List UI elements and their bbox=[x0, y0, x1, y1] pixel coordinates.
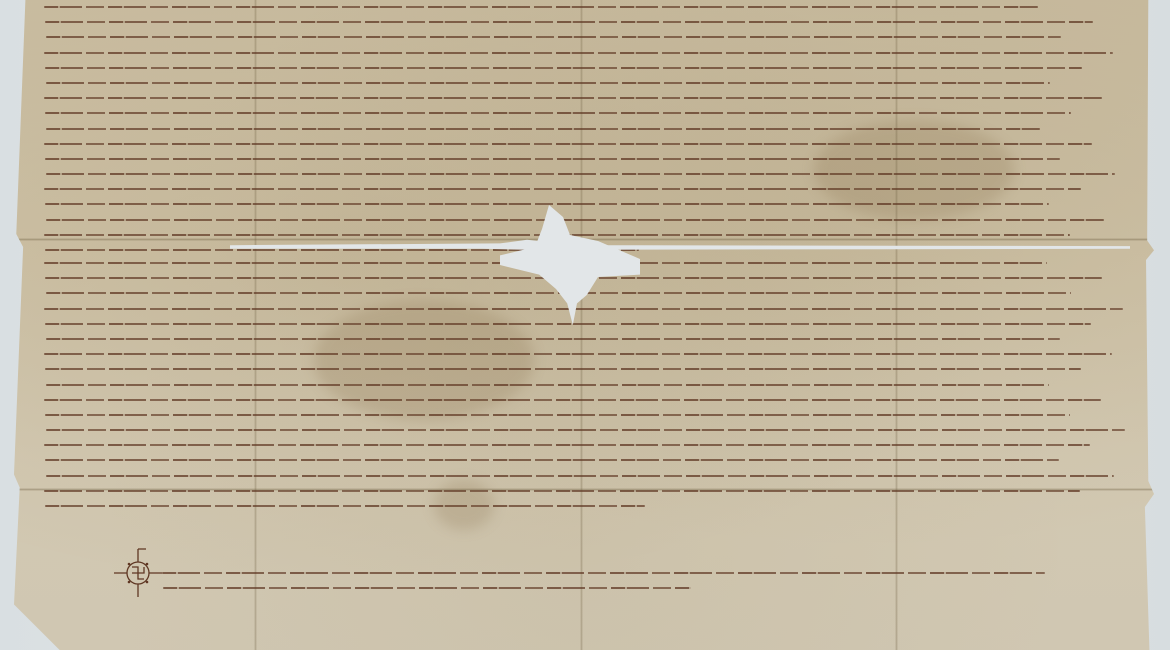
manuscript-line bbox=[45, 459, 1059, 461]
manuscript-line bbox=[44, 353, 1112, 355]
manuscript-line bbox=[46, 36, 1061, 38]
manuscript-line bbox=[46, 475, 1114, 477]
manuscript-line bbox=[45, 368, 1081, 370]
manuscript-line bbox=[46, 128, 1040, 130]
manuscript-line bbox=[163, 587, 691, 589]
manuscript-line bbox=[46, 219, 1104, 221]
manuscript-line bbox=[44, 143, 1092, 145]
notarial-sign-icon bbox=[110, 545, 166, 601]
manuscript-line bbox=[45, 67, 1082, 69]
manuscript-line bbox=[46, 82, 1050, 84]
manuscript-line bbox=[44, 444, 1090, 446]
manuscript-line bbox=[46, 338, 1060, 340]
subscription-text bbox=[162, 572, 1122, 602]
manuscript-line bbox=[44, 6, 1038, 8]
manuscript-line bbox=[44, 97, 1102, 99]
manuscript-line bbox=[162, 572, 1045, 574]
manuscript-line bbox=[45, 203, 1049, 205]
manuscript-line bbox=[45, 414, 1070, 416]
parchment-sheet bbox=[14, 0, 1154, 650]
manuscript-line bbox=[46, 384, 1049, 386]
manuscript-line bbox=[44, 490, 1080, 492]
manuscript-line bbox=[45, 158, 1060, 160]
upper-text-block bbox=[44, 6, 1124, 264]
middle-text-block bbox=[44, 262, 1134, 520]
manuscript-line bbox=[45, 21, 1093, 23]
manuscript-line bbox=[44, 399, 1101, 401]
manuscript-line bbox=[45, 505, 645, 507]
manuscript-line bbox=[46, 292, 1071, 294]
manuscript-line bbox=[44, 188, 1081, 190]
manuscript-line bbox=[45, 112, 1071, 114]
manuscript-line bbox=[46, 429, 1125, 431]
manuscript-line bbox=[46, 173, 1115, 175]
manuscript-line bbox=[44, 308, 1123, 310]
manuscript-line bbox=[44, 52, 1113, 54]
manuscript-line bbox=[45, 323, 1091, 325]
